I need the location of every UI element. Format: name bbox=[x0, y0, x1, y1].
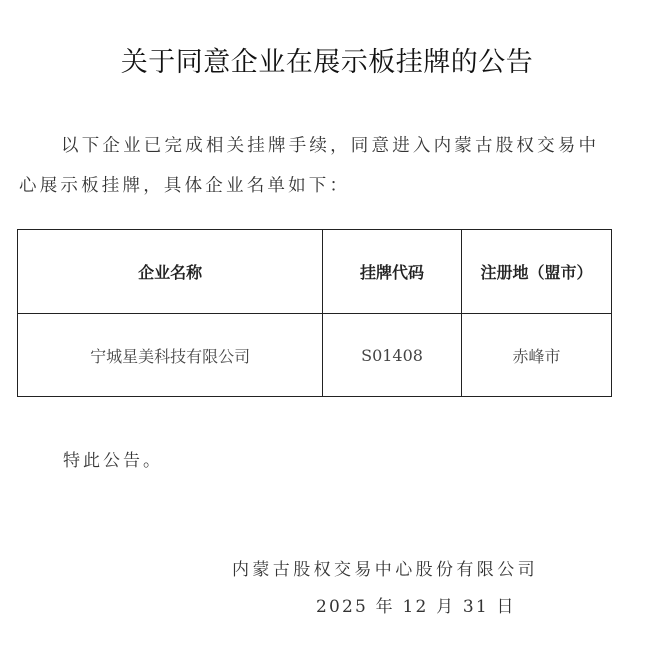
header-registered-location: 注册地（盟市） bbox=[461, 230, 611, 314]
announcement-title: 关于同意企业在展示板挂牌的公告 bbox=[0, 40, 654, 79]
header-company-name: 企业名称 bbox=[18, 230, 323, 314]
cell-listing-code: S01408 bbox=[323, 314, 462, 397]
table-row: 宁城星美科技有限公司 S01408 赤峰市 bbox=[18, 314, 612, 397]
table-header-row: 企业名称 挂牌代码 注册地（盟市） bbox=[18, 230, 612, 314]
intro-paragraph: 以下企业已完成相关挂牌手续，同意进入内蒙古股权交易中心展示板挂牌，具体企业名单如… bbox=[19, 126, 619, 206]
cell-registered-location: 赤峰市 bbox=[461, 314, 611, 397]
listed-companies-table: 企业名称 挂牌代码 注册地（盟市） 宁城星美科技有限公司 S01408 赤峰市 bbox=[17, 229, 612, 397]
closing-statement: 特此公告。 bbox=[63, 446, 163, 471]
cell-company-name: 宁城星美科技有限公司 bbox=[18, 314, 323, 397]
header-listing-code: 挂牌代码 bbox=[323, 230, 462, 314]
issue-date: 2025 年 12 月 31 日 bbox=[316, 592, 516, 617]
issuer-name: 内蒙古股权交易中心股份有限公司 bbox=[232, 555, 538, 580]
